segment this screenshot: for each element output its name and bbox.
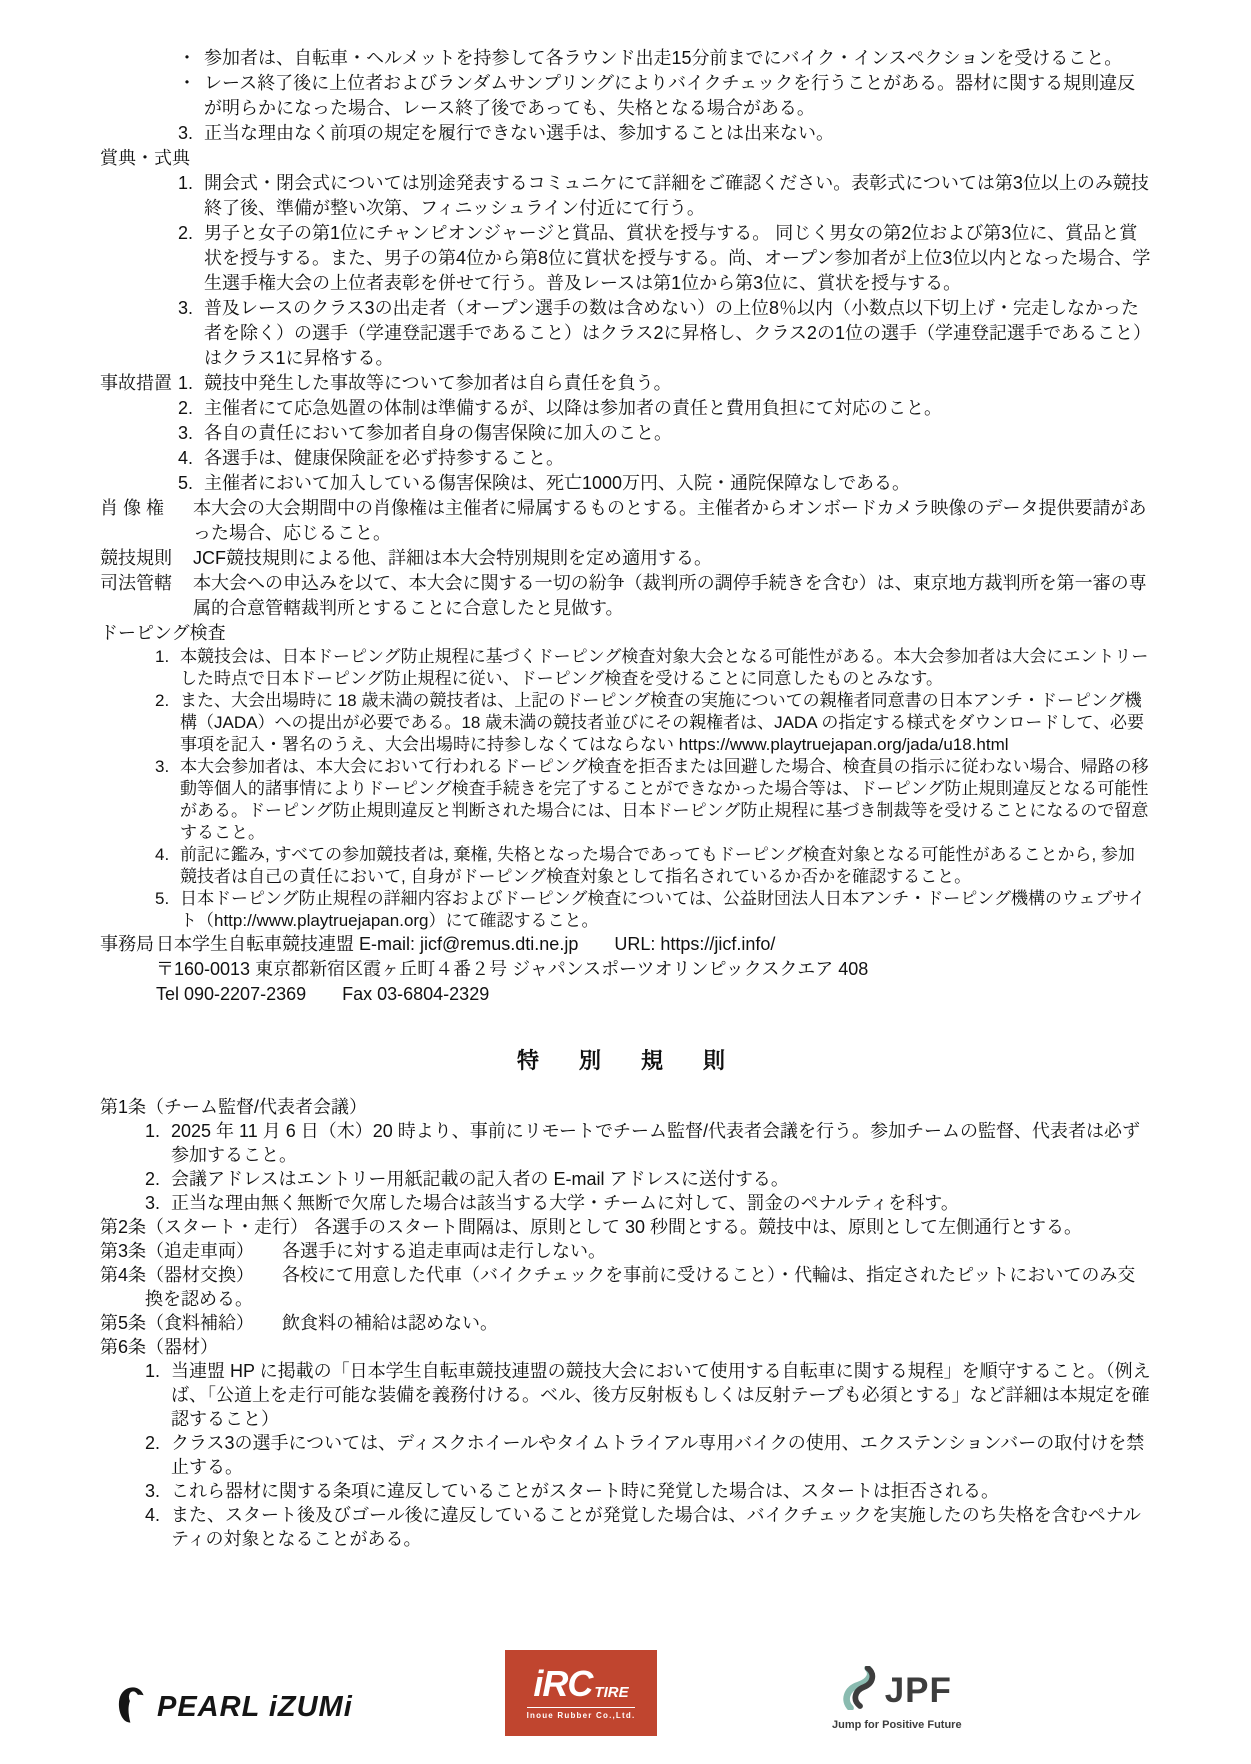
section-prizes: 賞典・式典 1. 開会式・閉会式については別途発表するコミュニケにて詳細をご確認… (100, 146, 1151, 371)
special-rules-section: 第1条（チーム監督/代表者会議） 1. 2025 年 11 月 6 日（木）20… (100, 1095, 1151, 1551)
list-item-text: また、スタート後及びゴール後に違反していることが発覚した場合は、バイクチェックを… (171, 1503, 1151, 1551)
article-text: 各選手に対する追走車両は走行しない。 (282, 1241, 606, 1261)
list-item: 2. 会議アドレスはエントリー用紙記載の記入者の E-mail アドレスに送付す… (145, 1167, 1151, 1191)
pearl-izumi-logo: PEARL iZUMi (118, 1686, 353, 1729)
article-4: 第4条（器材交換）各校にて用意した代車（バイクチェックを事前に受けること）・代輪… (100, 1263, 1151, 1311)
section-secretariat: 事務局 日本学生自転車競技連盟 E-mail: jicf@remus.dti.n… (100, 932, 1151, 1007)
jpf-wordmark: JPF (885, 1673, 952, 1708)
list-item: ・ レース終了後に上位者およびランダムサンプリングによりバイクチェックを行うこと… (178, 71, 1151, 121)
list-item-marker: 2. (145, 1167, 171, 1191)
list-item: 3. 各自の責任において参加者自身の傷害保険に加入のこと。 (178, 421, 1151, 446)
list-item-marker: 5. (178, 471, 204, 496)
list-item-marker: 4. (178, 446, 204, 471)
document-page: ・ 参加者は、自転車・ヘルメットを持参して各ラウンド出走15分前までにバイク・イ… (0, 0, 1251, 1764)
section-accident: 事故措置 1. 競技中発生した事故等について参加者は自ら責任を負う。 2. 主催… (100, 371, 1151, 496)
irc-company-text: Inoue Rubber Co.,Ltd. (527, 1707, 636, 1720)
list-item: 5. 主催者において加入している傷害保険は、死亡1000万円、入院・通院保障なし… (178, 471, 1151, 496)
secretariat-address-line: 〒160-0013 東京都新宿区霞ヶ丘町４番２号 ジャパンスポーツオリンピックス… (156, 957, 1151, 982)
jpf-tagline: Jump for Positive Future (832, 1719, 962, 1731)
list-item: 2. クラス3の選手については、ディスクホイールやタイムトライアル専用バイクの使… (145, 1431, 1151, 1479)
list-item-marker: 2. (145, 1431, 171, 1479)
list-item: 4. 各選手は、健康保険証を必ず持参すること。 (178, 446, 1151, 471)
list-item-text: 会議アドレスはエントリー用紙記載の記入者の E-mail アドレスに送付する。 (171, 1167, 1151, 1191)
section-text: JCF競技規則による他、詳細は本大会特別規則を定め適用する。 (193, 546, 1151, 571)
article-heading: 第6条（器材） (100, 1335, 1151, 1359)
list-item-text: 2025 年 11 月 6 日（木）20 時より、事前にリモートでチーム監督/代… (171, 1119, 1151, 1167)
jpf-row: JPF (842, 1666, 952, 1715)
secretariat-info: 日本学生自転車競技連盟 E-mail: jicf@remus.dti.ne.jp… (156, 932, 1151, 1007)
article-heading: 第4条（器材交換） (100, 1265, 254, 1285)
list-item-marker: 1. (178, 371, 204, 396)
list-item-marker: 2. (178, 396, 204, 421)
article-1: 第1条（チーム監督/代表者会議） 1. 2025 年 11 月 6 日（木）20… (100, 1095, 1151, 1215)
section-label-doping: ドーピング検査 (100, 621, 1151, 646)
list-item-marker: 1. (145, 1119, 171, 1167)
pearl-izumi-icon (118, 1686, 148, 1729)
list-item-text: 競技中発生した事故等について参加者は自ら責任を負う。 (204, 371, 1151, 396)
list-item-marker: 3. (145, 1479, 171, 1503)
list-item-text: クラス3の選手については、ディスクホイールやタイムトライアル専用バイクの使用、エ… (171, 1431, 1151, 1479)
list-item-text: 普及レースのクラス3の出走者（オープン選手の数は含めない）の上位8％以内（小数点… (204, 296, 1151, 371)
irc-tire-text: TIRE (594, 1685, 628, 1700)
list-item: 4. 前記に鑑み, すべての参加競技者は, 棄権, 失格となった場合であってもド… (155, 844, 1151, 888)
pearl-izumi-wordmark: PEARL iZUMi (157, 1691, 353, 1724)
list-item: 3. これら器材に関する条項に違反していることがスタート時に発覚した場合は、スタ… (145, 1479, 1151, 1503)
list-item-marker: 1. (145, 1359, 171, 1431)
article-5: 第5条（食料補給）飲食料の補給は認めない。 (100, 1311, 1151, 1335)
section-label-jurisdiction: 司法管轄 (100, 571, 193, 621)
special-rules-title: 特 別 規 則 (100, 1045, 1151, 1077)
article-heading: 第5条（食料補給） (100, 1313, 254, 1333)
article-heading: 第1条（チーム監督/代表者会議） (100, 1095, 1151, 1119)
list-item: 2. 男子と女子の第1位にチャンピオンジャージと賞品、賞状を授与する。 同じく男… (178, 221, 1151, 296)
list-item: 2. また、大会出場時に 18 歳未満の競技者は、上記のドーピング検査の実施につ… (155, 690, 1151, 756)
list-item-text: 本競技会は、日本ドーピング防止規程に基づくドーピング検査対象大会となる可能性があ… (180, 646, 1151, 690)
list-item: 4. また、スタート後及びゴール後に違反していることが発覚した場合は、バイクチェ… (145, 1503, 1151, 1551)
section-portrait-rights: 肖 像 権 本大会の大会期間中の肖像権は主催者に帰属するものとする。主催者からオ… (100, 496, 1151, 546)
irc-wordmark: iRC TIRE (533, 1666, 628, 1702)
list-item-text: レース終了後に上位者およびランダムサンプリングによりバイクチェックを行うことがあ… (204, 71, 1151, 121)
list-item: 1. 本競技会は、日本ドーピング防止規程に基づくドーピング検査対象大会となる可能… (155, 646, 1151, 690)
article-text: 各選手のスタート間隔は、原則として 30 秒間とする。競技中は、原則として左側通… (314, 1217, 1082, 1237)
list-item-marker: 1. (178, 171, 204, 221)
article-heading: 第3条（追走車両） (100, 1241, 254, 1261)
accident-items: 1. 競技中発生した事故等について参加者は自ら責任を負う。 2. 主催者にて応急… (178, 371, 1151, 496)
article-text: 飲食料の補給は認めない。 (282, 1313, 498, 1333)
jpf-ribbon-icon (842, 1666, 880, 1715)
list-item-text: 主催者にて応急処置の体制は準備するが、以降は参加者の責任と費用負担にて対応のこと… (204, 396, 1151, 421)
list-item-marker: 3. (155, 756, 180, 844)
irc-tire-logo: iRC TIRE Inoue Rubber Co.,Ltd. (505, 1650, 657, 1736)
list-item-text: 日本ドーピング防止規程の詳細内容およびドーピング検査については、公益財団法人日本… (180, 888, 1151, 932)
irc-brand-text: iRC (533, 1666, 592, 1702)
list-item-text: 当連盟 HP に掲載の「日本学生自転車競技連盟の競技大会において使用する自転車に… (171, 1359, 1151, 1431)
list-item-text: 主催者において加入している傷害保険は、死亡1000万円、入院・通院保障なしである… (204, 471, 1151, 496)
list-item: 3. 普及レースのクラス3の出走者（オープン選手の数は含めない）の上位8％以内（… (178, 296, 1151, 371)
list-item-text: 正当な理由なく前項の規定を履行できない選手は、参加することは出来ない。 (204, 121, 1151, 146)
list-item-marker: ・ (178, 71, 204, 121)
doping-items: 1. 本競技会は、日本ドーピング防止規程に基づくドーピング検査対象大会となる可能… (100, 646, 1151, 932)
intro-list: ・ 参加者は、自転車・ヘルメットを持参して各ラウンド出走15分前までにバイク・イ… (100, 46, 1151, 146)
list-item-text: 各選手は、健康保険証を必ず持参すること。 (204, 446, 1151, 471)
section-text: 本大会の大会期間中の肖像権は主催者に帰属するものとする。主催者からオンボードカメ… (193, 496, 1151, 546)
list-item-text: 本大会参加者は、本大会において行われるドーピング検査を拒否または回避した場合、検… (180, 756, 1151, 844)
list-item-marker: 3. (178, 121, 204, 146)
list-item-text: これら器材に関する条項に違反していることがスタート時に発覚した場合は、スタートは… (171, 1479, 1151, 1503)
list-item-text: 正当な理由無く無断で欠席した場合は該当する大学・チームに対して、罰金のペナルティ… (171, 1191, 1151, 1215)
list-item-marker: 3. (178, 421, 204, 446)
list-item: 1. 開会式・閉会式については別途発表するコミュニケにて詳細をご確認ください。表… (178, 171, 1151, 221)
article-heading: 第2条（スタート・走行） (100, 1217, 308, 1237)
article-3: 第3条（追走車両）各選手に対する追走車両は走行しない。 (100, 1239, 1151, 1263)
secretariat-contact-line: 日本学生自転車競技連盟 E-mail: jicf@remus.dti.ne.jp… (156, 932, 1151, 957)
section-jurisdiction: 司法管轄 本大会への申込みを以て、本大会に関する一切の紛争（裁判所の調停手続きを… (100, 571, 1151, 621)
list-item-marker: 3. (178, 296, 204, 371)
list-item-text: 各自の責任において参加者自身の傷害保険に加入のこと。 (204, 421, 1151, 446)
list-item-marker: 2. (178, 221, 204, 296)
section-label-secretariat: 事務局 (100, 932, 156, 1007)
list-item-marker: 4. (155, 844, 180, 888)
section-label-accident: 事故措置 (100, 371, 178, 496)
list-item-text: 参加者は、自転車・ヘルメットを持参して各ラウンド出走15分前までにバイク・インス… (204, 46, 1151, 71)
list-item-text: 前記に鑑み, すべての参加競技者は, 棄権, 失格となった場合であってもドーピン… (180, 844, 1151, 888)
jpf-logo: JPF Jump for Positive Future (832, 1666, 962, 1731)
list-item-text: また、大会出場時に 18 歳未満の競技者は、上記のドーピング検査の実施についての… (180, 690, 1151, 756)
section-label-competition-rules: 競技規則 (100, 546, 193, 571)
list-item-text: 開会式・閉会式については別途発表するコミュニケにて詳細をご確認ください。表彰式に… (204, 171, 1151, 221)
list-item: 3. 本大会参加者は、本大会において行われるドーピング検査を拒否または回避した場… (155, 756, 1151, 844)
secretariat-phone-line: Tel 090-2207-2369 Fax 03-6804-2329 (156, 982, 1151, 1007)
article-6: 第6条（器材） 1. 当連盟 HP に掲載の「日本学生自転車競技連盟の競技大会に… (100, 1335, 1151, 1551)
list-item: 1. 2025 年 11 月 6 日（木）20 時より、事前にリモートでチーム監… (145, 1119, 1151, 1167)
list-item: ・ 参加者は、自転車・ヘルメットを持参して各ラウンド出走15分前までにバイク・イ… (178, 46, 1151, 71)
section-label-portrait-rights: 肖 像 権 (100, 496, 193, 546)
list-item-marker: 4. (145, 1503, 171, 1551)
list-item: 1. 競技中発生した事故等について参加者は自ら責任を負う。 (178, 371, 1151, 396)
article-text: 各校にて用意した代車（バイクチェックを事前に受けること）・代輪は、指定されたピッ… (145, 1265, 1135, 1309)
list-item-text: 男子と女子の第1位にチャンピオンジャージと賞品、賞状を授与する。 同じく男女の第… (204, 221, 1151, 296)
list-item: 1. 当連盟 HP に掲載の「日本学生自転車競技連盟の競技大会において使用する自… (145, 1359, 1151, 1431)
list-item: 3. 正当な理由なく前項の規定を履行できない選手は、参加することは出来ない。 (178, 121, 1151, 146)
list-item: 3. 正当な理由無く無断で欠席した場合は該当する大学・チームに対して、罰金のペナ… (145, 1191, 1151, 1215)
list-item-marker: 1. (155, 646, 180, 690)
list-item-marker: 3. (145, 1191, 171, 1215)
section-text: 本大会への申込みを以て、本大会に関する一切の紛争（裁判所の調停手続きを含む）は、… (193, 571, 1151, 621)
list-item: 5. 日本ドーピング防止規程の詳細内容およびドーピング検査については、公益財団法… (155, 888, 1151, 932)
list-item-marker: ・ (178, 46, 204, 71)
section-doping: ドーピング検査 1. 本競技会は、日本ドーピング防止規程に基づくドーピング検査対… (100, 621, 1151, 932)
document-body: ・ 参加者は、自転車・ヘルメットを持参して各ラウンド出走15分前までにバイク・イ… (0, 0, 1251, 1551)
section-competition-rules: 競技規則 JCF競技規則による他、詳細は本大会特別規則を定め適用する。 (100, 546, 1151, 571)
sponsor-footer: PEARL iZUMi iRC TIRE Inoue Rubber Co.,Lt… (0, 1642, 1251, 1764)
list-item-marker: 2. (155, 690, 180, 756)
article-2: 第2条（スタート・走行）各選手のスタート間隔は、原則として 30 秒間とする。競… (100, 1215, 1151, 1239)
list-item: 2. 主催者にて応急処置の体制は準備するが、以降は参加者の責任と費用負担にて対応… (178, 396, 1151, 421)
section-label-prizes: 賞典・式典 (100, 146, 1151, 171)
list-item-marker: 5. (155, 888, 180, 932)
